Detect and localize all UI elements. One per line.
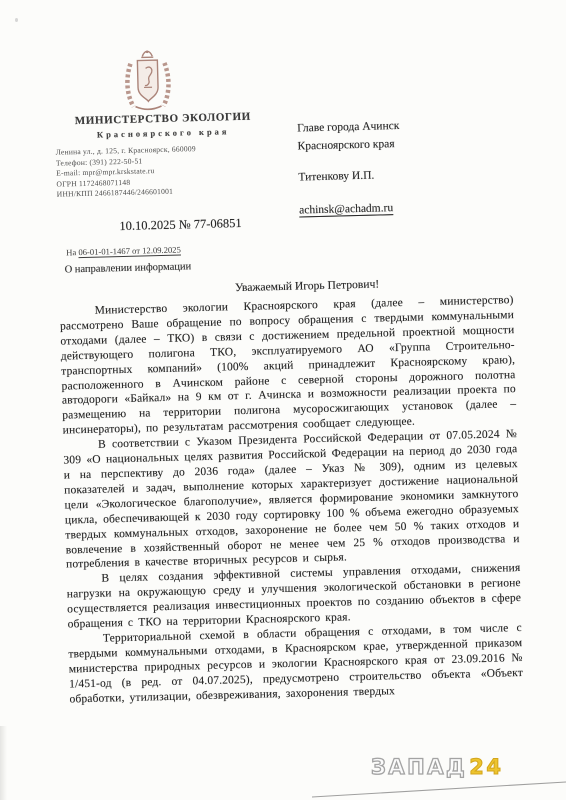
scanned-letter-page: МИНИСТЕРСТВО ЭКОЛОГИИ Красноярского края… [0,0,566,800]
incoming-reference: На 06-01-01-1467 от 12.09.2025 [66,245,181,258]
subject-line: О направлении информации [65,261,192,275]
incoming-reference-prefix: На [66,247,76,257]
scan-speck [15,18,18,22]
recipient-title-line2: Красноярского края [297,135,400,155]
body-paragraph: Территориальной схемой в области обращен… [68,621,524,707]
watermark-brand-text: ЗАПАД [371,755,467,779]
zapad24-watermark-logo: ЗАПАД24 [371,755,503,779]
letter-body: Министерство экологии Красноярского края… [60,293,524,707]
letter-content: МИНИСТЕРСТВО ЭКОЛОГИИ Красноярского края… [0,0,566,800]
letterhead-contacts: Ленина ул., д. 125, г. Красноярск, 66000… [56,144,198,201]
ministry-region: Красноярского края [43,125,283,141]
recipient-name: Титенкову И.П. [298,167,401,187]
outgoing-reference: 10.10.2025 № 77-06851 [100,216,260,235]
body-paragraph: Министерство экологии Красноярского края… [60,293,517,439]
recipient-block: Главе города Ачинск Красноярского края Т… [297,118,402,220]
watermark-accent-text: 24 [469,755,503,779]
page-edge-shadow [0,726,7,800]
recipient-title-line1: Главе города Ачинск [297,118,400,138]
body-paragraph: В соответствии с Указом Президента Росси… [63,427,520,573]
incoming-reference-number: 06-01-01-1467 от 12.09.2025 [78,245,181,258]
contact-inn-kpp: ИНН/КПП 2466187446/246601001 [57,186,197,200]
coat-of-arms-icon [121,49,175,112]
recipient-email: achinsk@achadm.ru [299,199,402,219]
